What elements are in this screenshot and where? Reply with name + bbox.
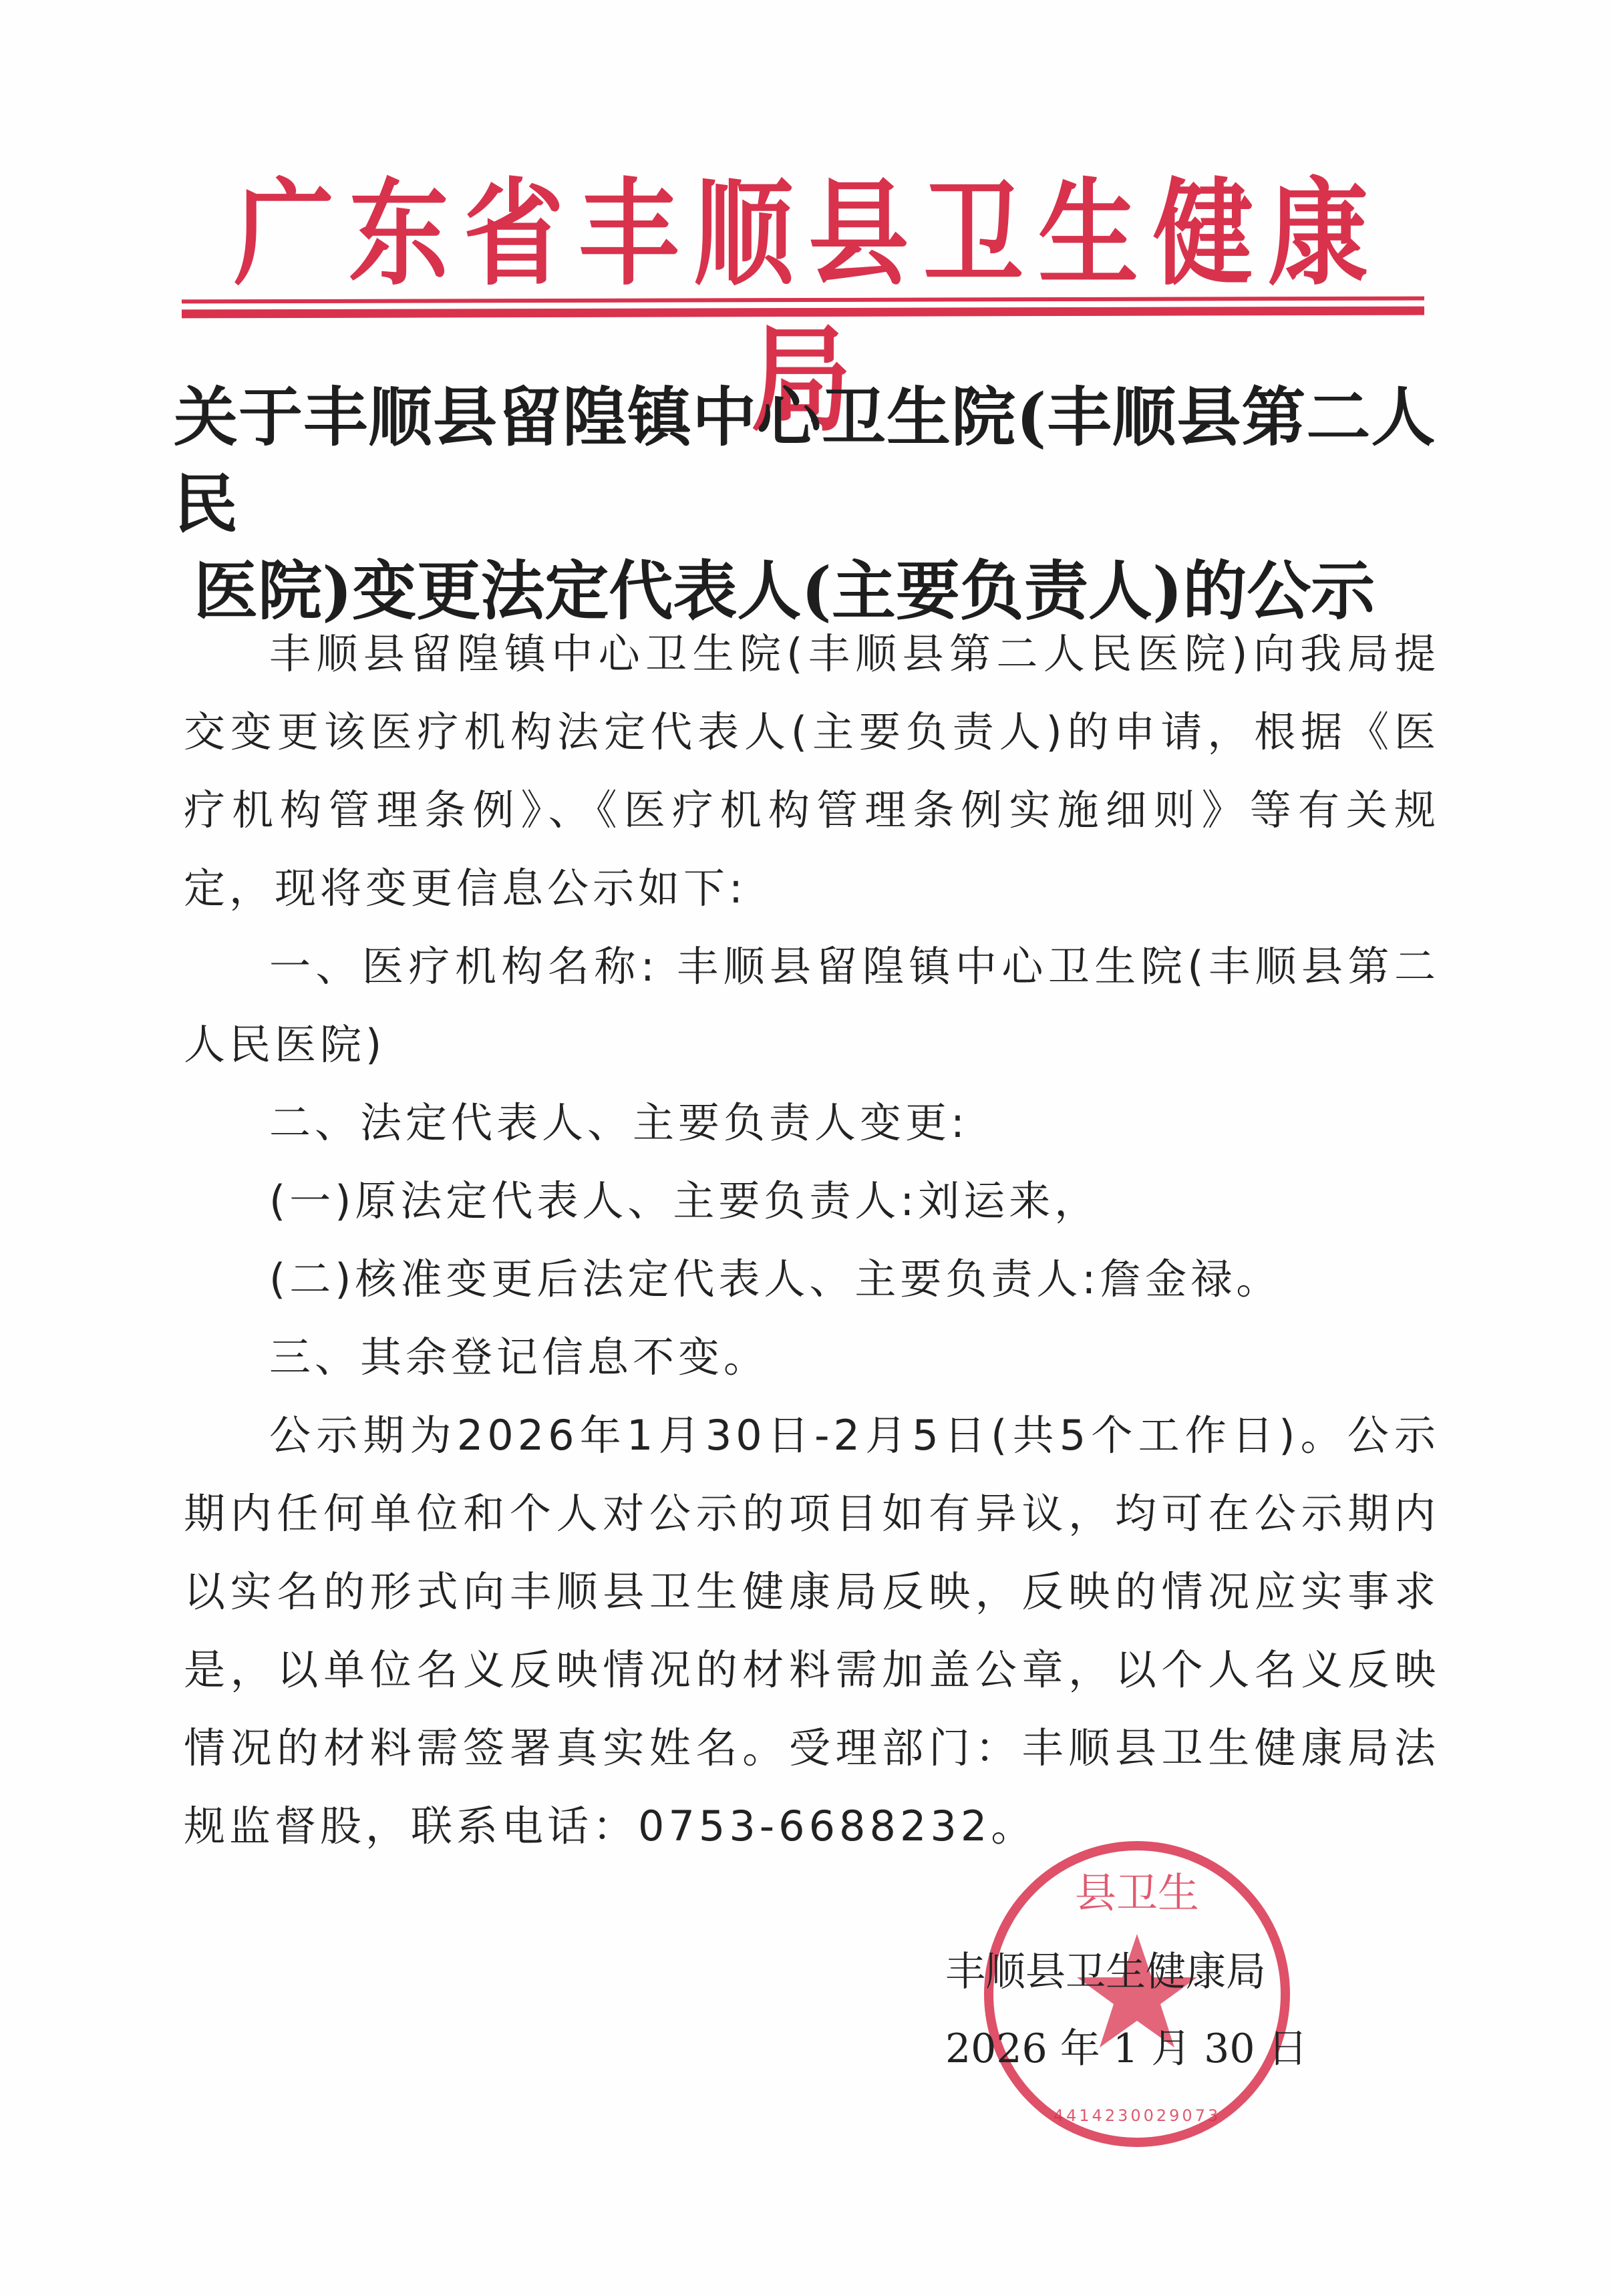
masthead-title: 广东省丰顺县卫生健康局 [220, 161, 1396, 307]
document-body: 丰顺县留隍镇中心卫生院(丰顺县第二人民医院)向我局提交变更该医疗机构法定代表人(… [184, 615, 1440, 1865]
title-line-1: 关于丰顺县留隍镇中心卫生院(丰顺县第二人民 [174, 374, 1443, 548]
svg-text:4414230029073: 4414230029073 [1054, 2106, 1221, 2125]
document-page: 广东省丰顺县卫生健康局 关于丰顺县留隍镇中心卫生院(丰顺县第二人民 医院)变更法… [0, 0, 1610, 2296]
svg-text:县卫生: 县卫生 [1075, 1868, 1199, 1917]
intro-paragraph: 丰顺县留隍镇中心卫生院(丰顺县第二人民医院)向我局提交变更该医疗机构法定代表人(… [184, 615, 1440, 927]
signature-date: 2026 年 1 月 30 日 [945, 2011, 1308, 2088]
signature-block: 丰顺县卫生健康局 2026 年 1 月 30 日 [945, 1934, 1308, 2088]
item-original-representative: (一)原法定代表人、主要负责人:刘运来， [184, 1162, 1440, 1240]
masthead-rule-thick [182, 307, 1424, 319]
item-institution-name: 一、医疗机构名称: 丰顺县留隍镇中心卫生院(丰顺县第二人民医院) [184, 927, 1440, 1084]
signature-org: 丰顺县卫生健康局 [945, 1934, 1308, 2011]
notice-period-paragraph: 公示期为2026年1月30日-2月5日(共5个工作日)。公示期内任何单位和个人对… [184, 1396, 1440, 1865]
document-title: 关于丰顺县留隍镇中心卫生院(丰顺县第二人民 医院)变更法定代表人(主要负责人)的… [174, 374, 1443, 635]
item-representative-change: 二、法定代表人、主要负责人变更: [184, 1084, 1440, 1162]
item-other-info: 三、其余登记信息不变。 [184, 1318, 1440, 1396]
item-new-representative: (二)核准变更后法定代表人、主要负责人:詹金禄。 [184, 1240, 1440, 1318]
